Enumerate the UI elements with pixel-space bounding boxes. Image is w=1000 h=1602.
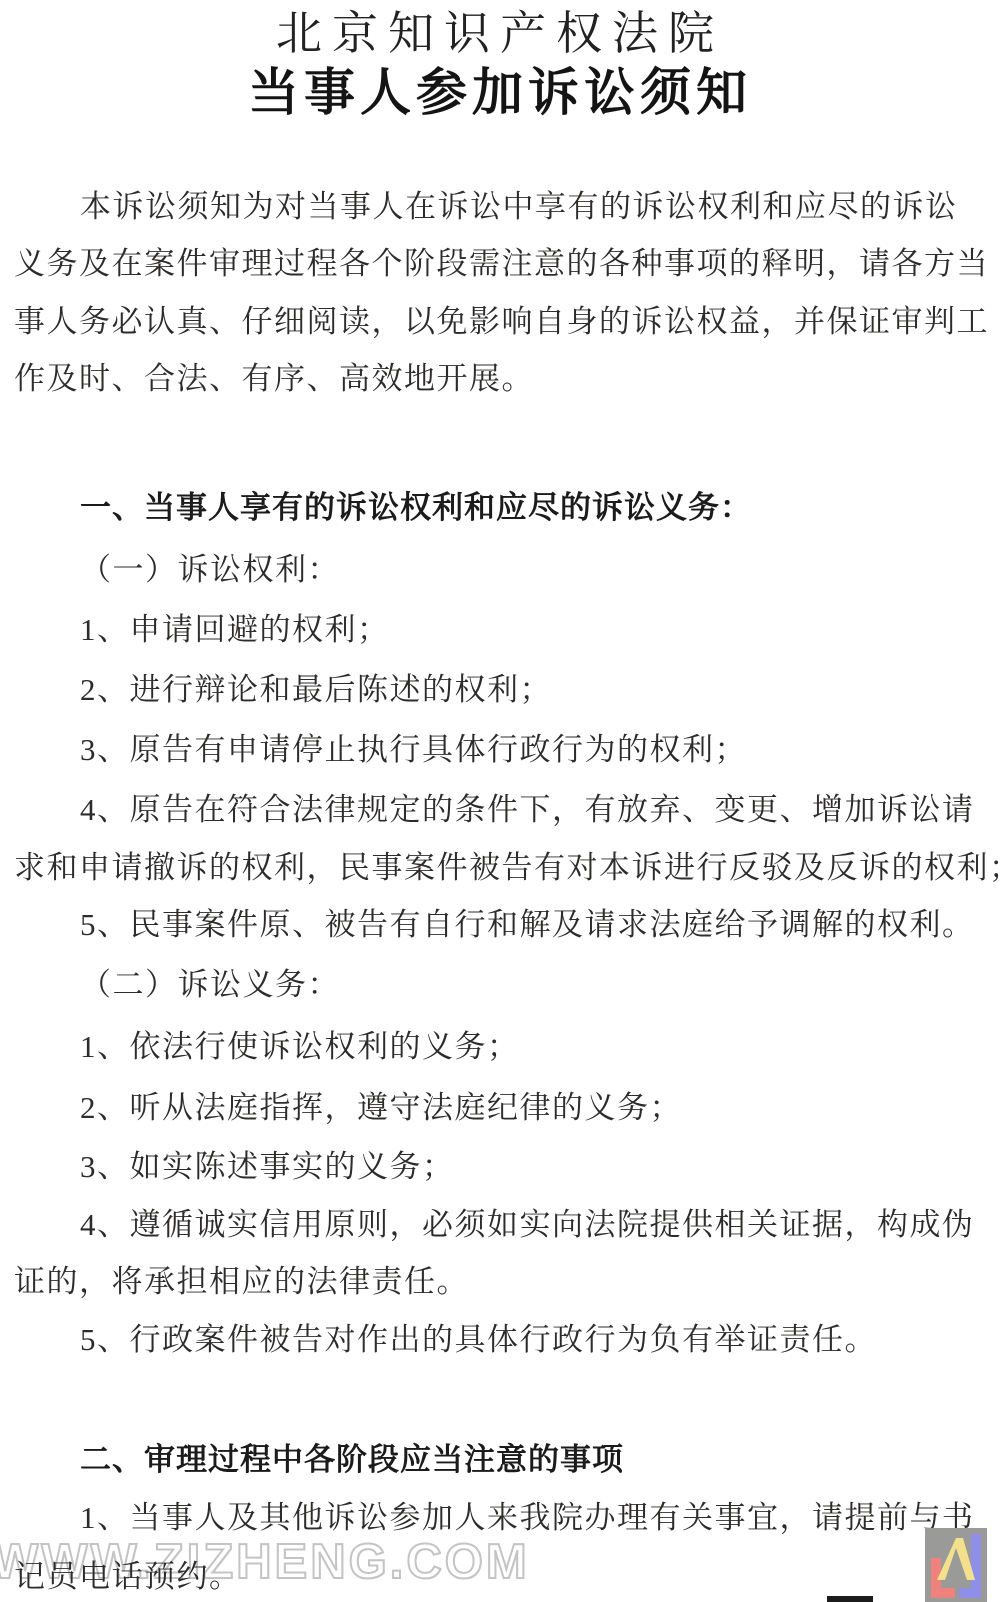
section2-heading: 二、审理过程中各阶段应当注意的事项 — [14, 1440, 624, 1480]
document-title: 当事人参加诉讼须知 — [0, 62, 1000, 124]
right-item-5: 5、民事案件原、被告有自行和解及请求法庭给予调解的权利。 — [14, 905, 975, 945]
duty-item-1: 1、依法行使诉讼权利的义务； — [14, 1027, 520, 1067]
right-item-4-line-2: 求和申请撤诉的权利，民事案件被告有对本诉进行反驳及反诉的权利； — [14, 848, 1000, 888]
duty-item-2: 2、听从法庭指挥，遵守法庭纪律的义务； — [14, 1088, 682, 1128]
right-item-2: 2、进行辩论和最后陈述的权利； — [14, 670, 552, 710]
duties-sublabel: （二）诉讼义务： — [14, 965, 340, 1005]
section2-item-1-line-2: 记员电话预约。 — [14, 1557, 242, 1597]
duty-item-4-line-1: 4、遵循诚实信用原则，必须如实向法院提供相关证据，构成伪 — [14, 1205, 975, 1245]
watermark-site-logo-icon — [925, 1528, 987, 1602]
court-name-title: 北京知识产权法院 — [0, 6, 1000, 62]
intro-line-4: 作及时、合法、有序、高效地开展。 — [14, 359, 534, 399]
right-item-3: 3、原告有申请停止执行具体行政行为的权利； — [14, 730, 747, 770]
duty-item-3: 3、如实陈述事实的义务； — [14, 1147, 455, 1187]
section1-heading: 一、当事人享有的诉讼权利和应尽的诉讼义务： — [14, 488, 752, 528]
section2-item-1-line-1: 1、当事人及其他诉讼参加人来我院办理有关事宜，请提前与书 — [14, 1498, 975, 1538]
right-item-1: 1、申请回避的权利； — [14, 610, 390, 650]
intro-line-1: 本诉讼须知为对当事人在诉讼中享有的诉讼权利和应尽的诉讼 — [14, 187, 958, 227]
rights-sublabel: （一）诉讼权利： — [14, 550, 340, 590]
duty-item-4-line-2: 证的，将承担相应的法律责任。 — [14, 1262, 469, 1302]
right-item-4-line-1: 4、原告在符合法律规定的条件下，有放弃、变更、增加诉讼请 — [14, 790, 975, 830]
scanned-court-notice-page: 北京知识产权法院 当事人参加诉讼须知 本诉讼须知为对当事人在诉讼中享有的诉讼权利… — [0, 0, 1000, 1602]
intro-line-2: 义务及在案件审理过程各个阶段需注意的各种事项的释明，请各方当 — [14, 244, 989, 284]
intro-line-3: 事人务必认真、仔细阅读，以免影响自身的诉讼权益，并保证审判工 — [14, 302, 989, 342]
duty-item-5: 5、行政案件被告对作出的具体行政行为负有举证责任。 — [14, 1320, 877, 1360]
scan-artifact-mark — [827, 1596, 873, 1602]
